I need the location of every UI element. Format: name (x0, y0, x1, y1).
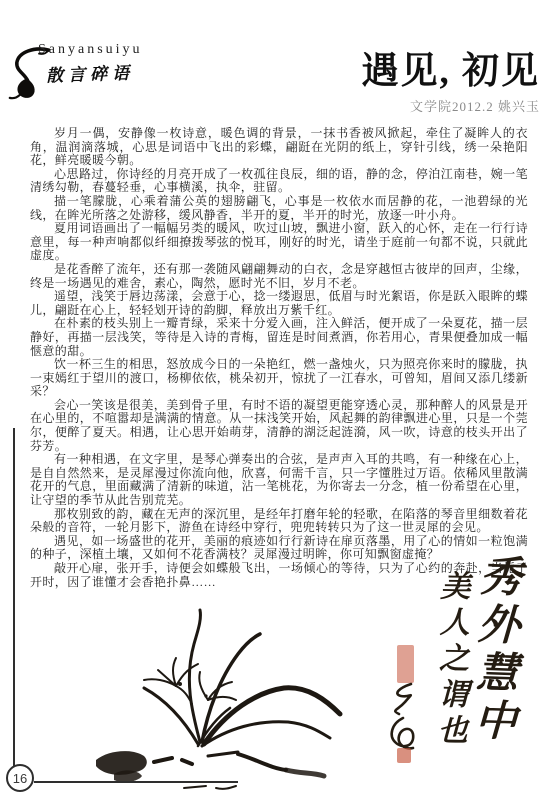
column-logo: Sanyansuiyu 散言碎语 (8, 38, 138, 108)
article-byline: 文学院2012.2 姚兴玉 (362, 96, 541, 115)
paragraph: 有一种相遇，在文字里，是琴心弹奏出的合弦，是声声入耳的共鸣，有一种缘在心上，是自… (30, 453, 528, 507)
page-number: 16 (13, 771, 27, 786)
column-name-chinese: 散言碎语 (46, 58, 135, 86)
paragraph: 是花香醉了流年，还有那一袭随风翩翩舞动的白衣，念是穿越恒古彼岸的回声，尘缘，终是… (30, 263, 528, 290)
paragraph: 夏用词语画出了一幅幅另类的暖风，吹过山坡，飘进小窗，跃入的心怀，走在一行行诗意里… (30, 222, 528, 263)
magazine-page: Sanyansuiyu 散言碎语 遇见, 初见 文学院2012.2 姚兴玉 岁月… (0, 0, 556, 800)
paragraph: 会心一笑该是很美，美到骨子里，有时不语的凝望更能穿透心灵，那种醉人的风景是开在心… (30, 399, 528, 453)
paragraph: 遇见，如一场盛世的花开，美丽的痕迹如行行新诗在扉页落墨，用了心的情如一粒饱满的种… (30, 535, 528, 562)
paragraph: 在朴素的枝头别上一瓣青绿，采来十分爱入画，注入鲜活，便开成了一朵夏花，描一层静好… (30, 317, 528, 358)
paragraph: 那枚别致的韵，藏在无声的深沉里，是经年打磨年轮的轻歌，在陷落的琴音里细数着花朵般… (30, 508, 528, 535)
page-number-badge: 16 (6, 764, 34, 792)
left-margin-rule (13, 428, 15, 768)
article-body: 岁月一偶，安静像一枚诗意，暖色调的背景，一抹书香被风掀起，牵住了凝眸人的衣角，温… (30, 127, 528, 589)
paragraph: 描一笔朦胧，心乘着蒲公英的翅膀翩飞，心事是一枚依水而居静的花，一池碧绿的光线，在… (30, 195, 528, 222)
bottom-rule (34, 781, 238, 783)
column-name-english: Sanyansuiyu (38, 42, 143, 58)
paragraph: 遥望，浅笑于唇边荡漾，会意于心，捻一缕遐思，低眉与时光絮语，你是跃入眼眸的蝶儿，… (30, 290, 528, 317)
title-block: 遇见, 初见 文学院2012.2 姚兴玉 (362, 52, 541, 115)
paragraph: 岁月一偶，安静像一枚诗意，暖色调的背景，一抹书香被风掀起，牵住了凝眸人的衣角，温… (30, 127, 528, 168)
artist-signature (381, 680, 423, 758)
paragraph: 心思路过，你诗经的月亮开成了一枚孤往良辰，细的语，静的念，停泊江南巷，婉一笔清绣… (30, 168, 528, 195)
red-seal-icon (397, 748, 411, 763)
red-seal-icon (397, 645, 414, 683)
calligraphy-left-column: 美人之谓也 (426, 570, 473, 761)
orchid-ink-painting (88, 592, 350, 792)
article-title: 遇见, 初见 (362, 52, 541, 93)
paragraph: 饮一杯三生的相思，怒放成今日的一朵艳红，燃一盏烛火，只为照亮你来时的朦胧，执一束… (30, 358, 528, 399)
